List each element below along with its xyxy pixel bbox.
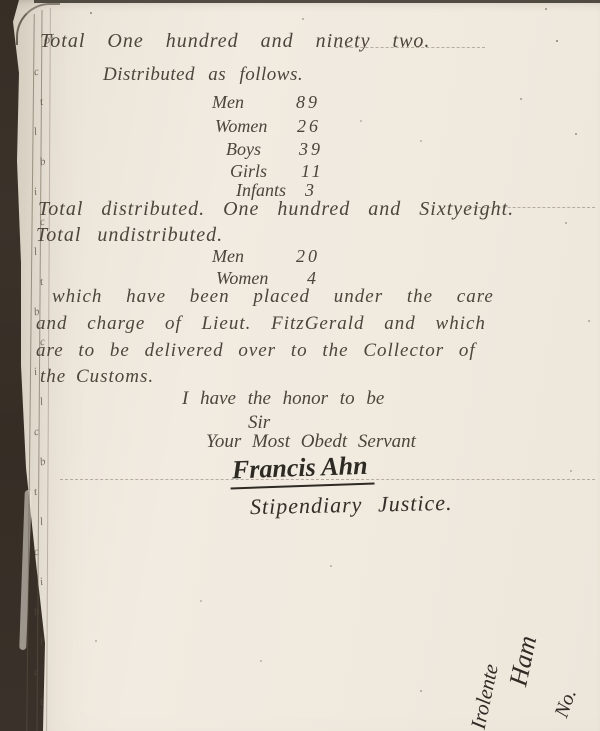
row-label: Boys: [226, 139, 261, 160]
signature: Francis Ahn: [229, 451, 374, 490]
body-paragraph-line: and charge of Lieut. FitzGerald and whic…: [36, 313, 486, 335]
row-value: 89: [296, 92, 320, 113]
signature-title: Stipendiary Justice.: [250, 490, 453, 520]
row-value: 11: [301, 161, 324, 182]
total-undistributed-heading: Total undistributed.: [36, 224, 223, 247]
margin-mark: i: [33, 366, 38, 378]
body-paragraph-line: the Customs.: [40, 366, 154, 388]
row-value: 20: [296, 246, 320, 267]
closing-line: I have the honor to be: [182, 388, 384, 410]
row-label: Girls: [230, 161, 267, 182]
corner-docket-number: No.: [551, 686, 582, 721]
margin-mark: i: [39, 576, 44, 588]
corner-docket-line1: Ham: [503, 633, 543, 689]
row-label: Women: [215, 116, 267, 137]
margin-mark: l: [33, 246, 38, 258]
total-line: Total One hundred and ninety two.: [40, 30, 430, 53]
row-label: Men: [212, 246, 244, 267]
row-value: 26: [297, 116, 321, 137]
distributed-heading: Distributed as follows.: [103, 64, 303, 86]
margin-mark: l: [33, 126, 38, 138]
scan-top-edge: [34, 0, 600, 3]
corner-docket-line2: Irolente: [466, 662, 504, 731]
paper-speckles: [0, 0, 2, 2]
body-paragraph-line: are to be delivered over to the Collecto…: [36, 340, 476, 362]
margin-mark: t: [39, 96, 44, 108]
margin-mark: i: [33, 186, 38, 198]
row-label: Men: [212, 92, 244, 113]
margin-mark: b: [39, 456, 47, 469]
margin-mark: b: [39, 156, 47, 169]
row-value: 39: [299, 139, 323, 160]
closing-line: Your Most Obedt Servant: [206, 431, 416, 453]
total-distributed-line: Total distributed. One hundred and Sixty…: [38, 198, 514, 221]
manuscript-page: of ctlbicltbcilcbtlciblct Total One hund…: [0, 0, 600, 731]
body-paragraph-line: which have been placed under the care: [52, 286, 494, 308]
margin-mark: l: [39, 516, 44, 528]
